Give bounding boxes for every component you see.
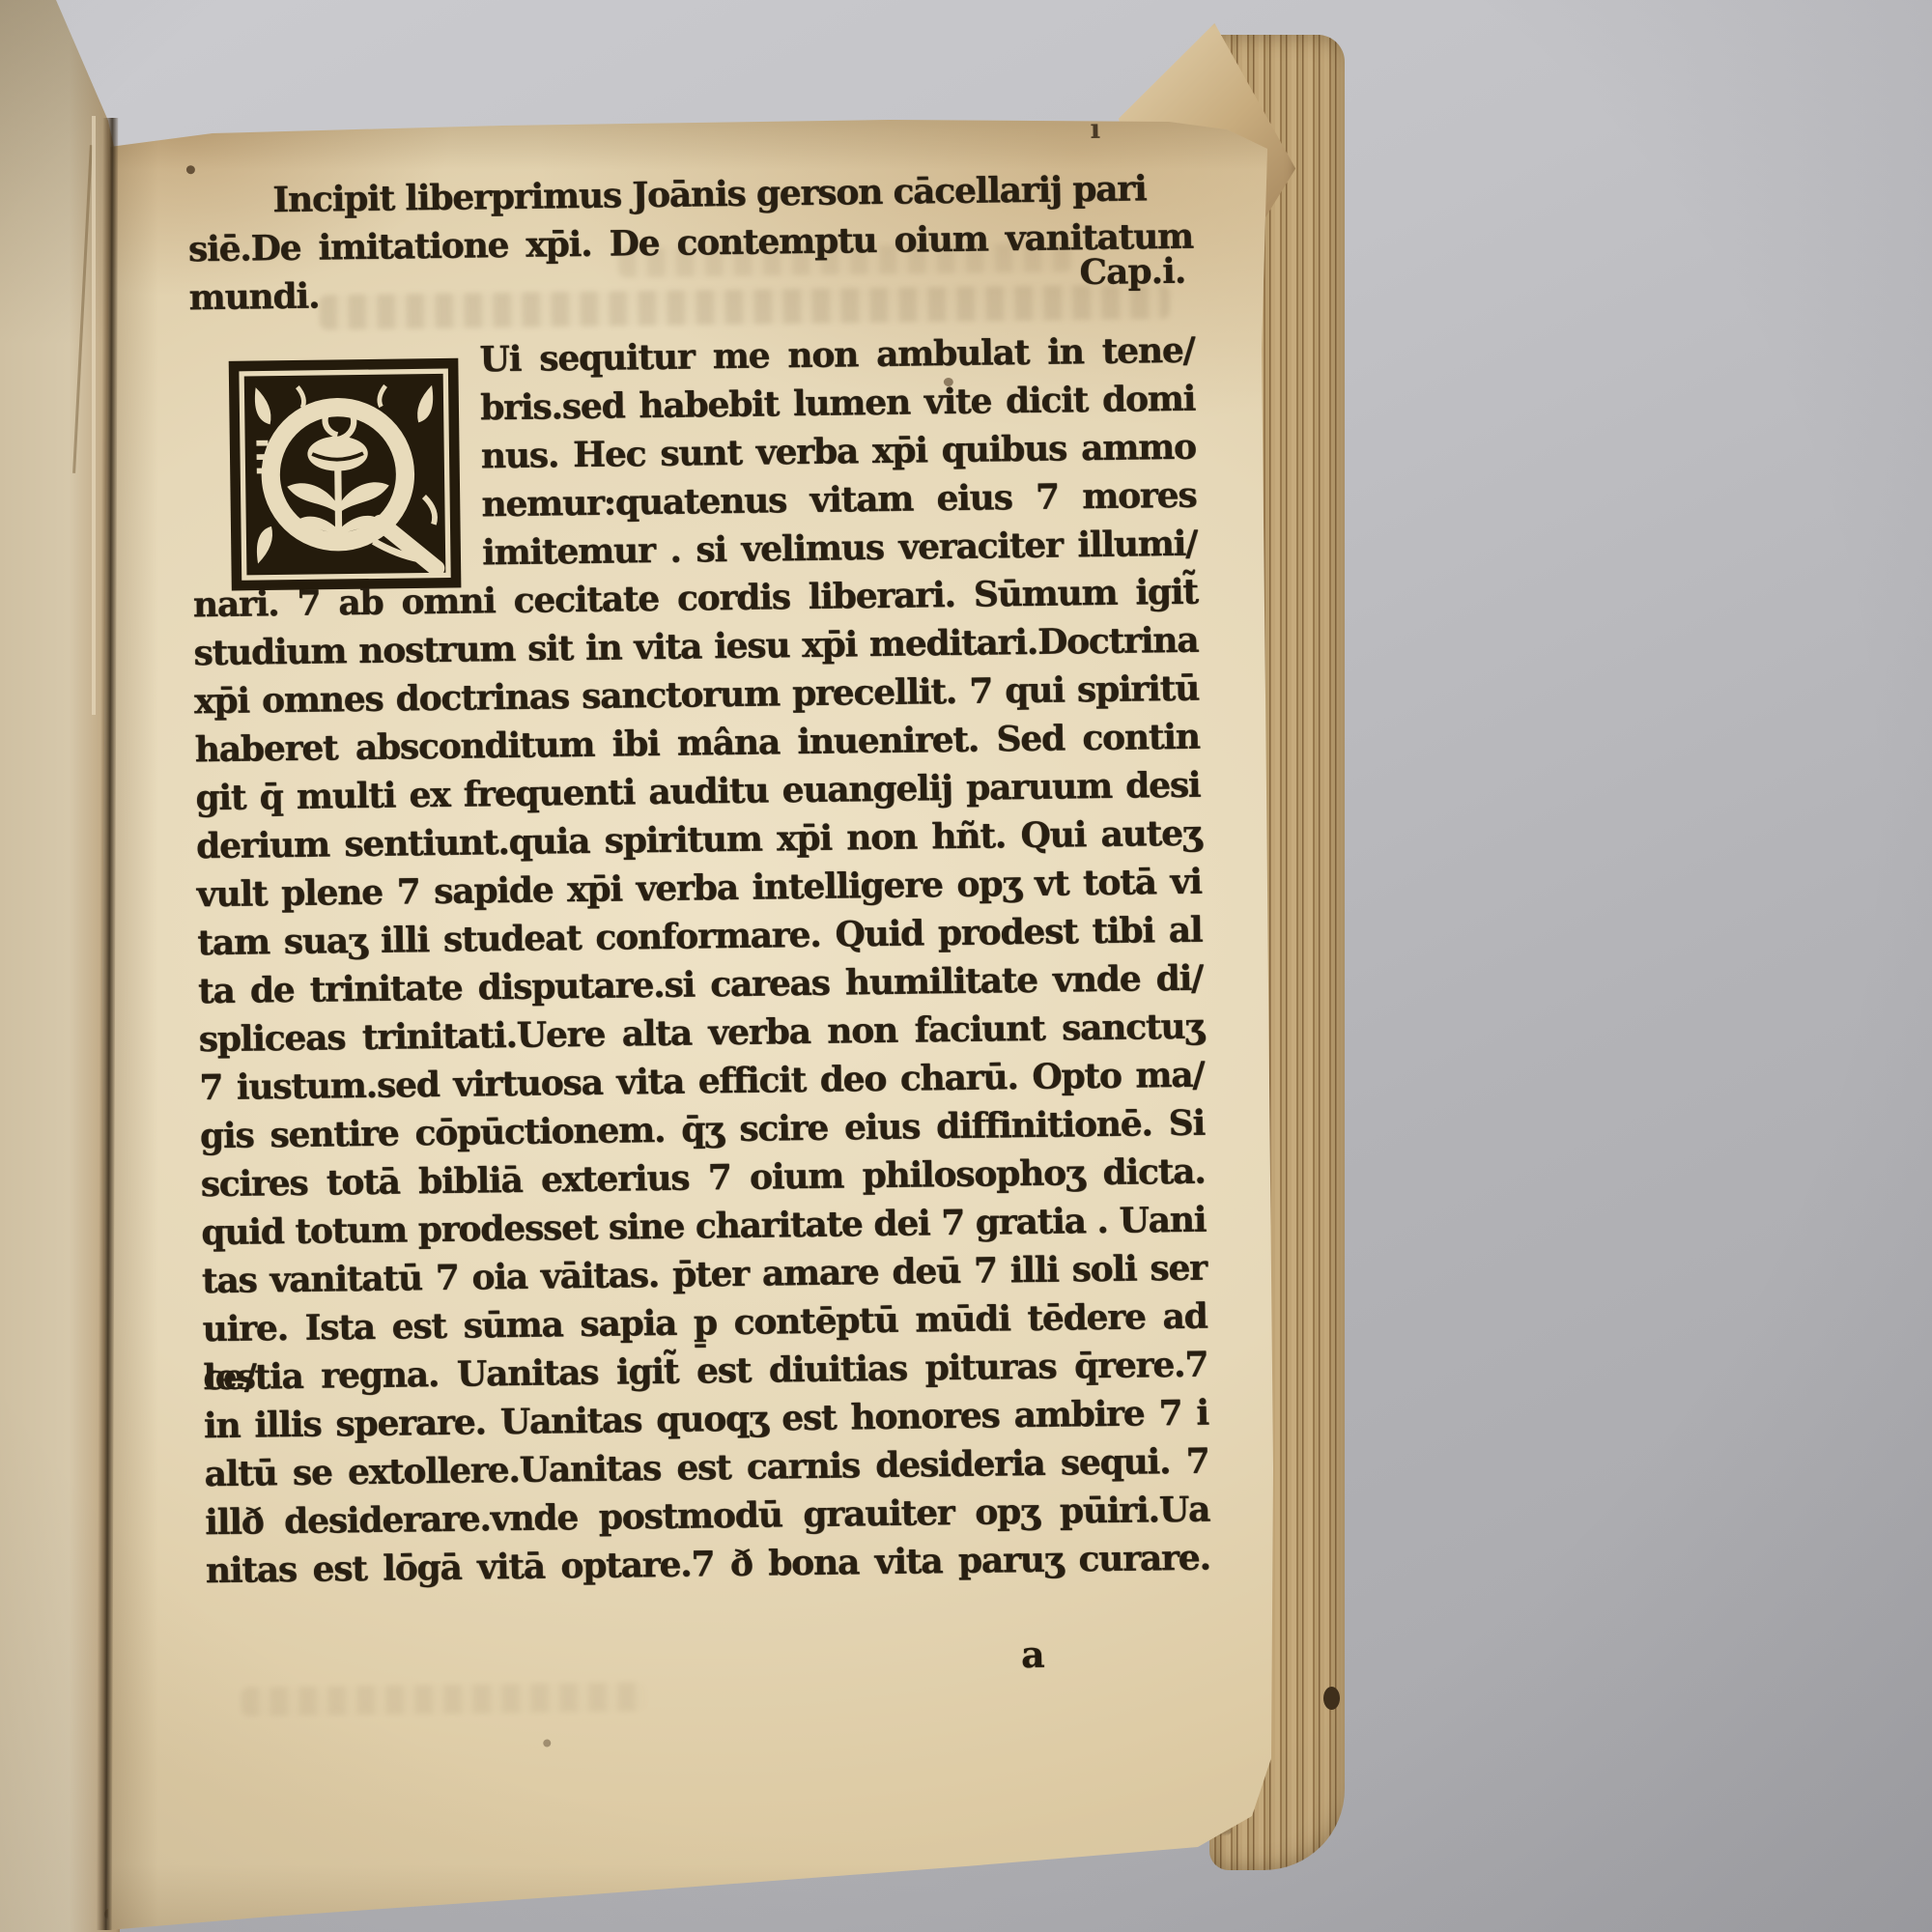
body-block: Ui sequitur me non ambulat in tene/bris.…	[189, 327, 1210, 1596]
ink-show-through	[241, 1682, 646, 1716]
gutter-highlight	[92, 116, 96, 715]
verso-page-shadow	[0, 0, 116, 406]
ink-speck	[186, 165, 195, 174]
photograph-of-incunabulum: { "page": { "folio_mark": "ı", "chapter_…	[0, 0, 1932, 1932]
edge-dark-spot	[1323, 1687, 1340, 1710]
ink-speck	[543, 1739, 551, 1747]
signature-mark: a	[1021, 1633, 1045, 1676]
page-content: ı Cap.i. Incipit liberprimus Joānis gers…	[85, 106, 1364, 1932]
recto-page: ı Cap.i. Incipit liberprimus Joānis gers…	[97, 116, 1352, 1932]
header-block: Cap.i. Incipit liberprimus Joānis gerson…	[187, 164, 1194, 323]
